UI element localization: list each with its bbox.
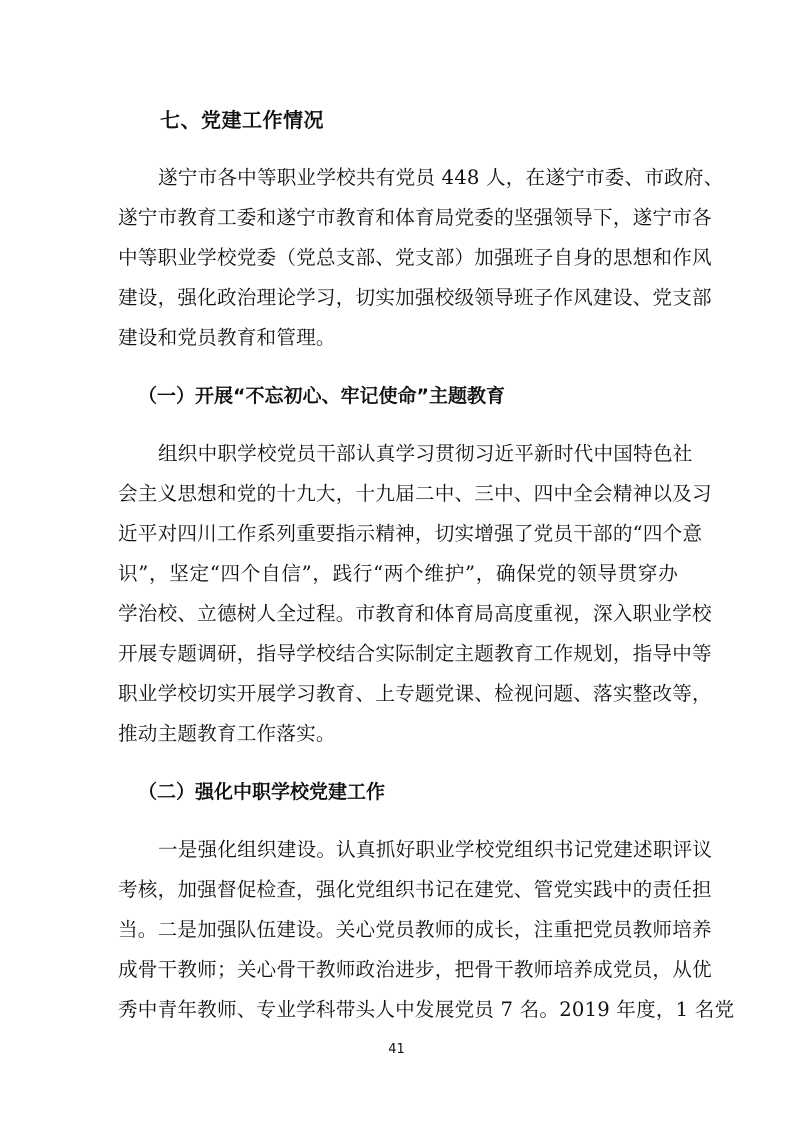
paragraph-line: 组织中职学校党员干部认真学习贯彻习近平新时代中国特色社 bbox=[118, 434, 678, 474]
subsection-heading-1: （一）开展“不忘初心、牢记使命”主题教育 bbox=[118, 376, 678, 416]
paragraph-line: 建设和党员教育和管理。 bbox=[118, 318, 678, 358]
paragraph-line: 成骨干教师；关心骨干教师政治进步，把骨干教师培养成党员，从优 bbox=[118, 950, 678, 990]
paragraph-line: 遂宁市各中等职业学校共有党员 448 人，在遂宁市委、市政府、 bbox=[118, 158, 678, 198]
page-number: 41 bbox=[0, 1042, 793, 1057]
intro-paragraph: 遂宁市各中等职业学校共有党员 448 人，在遂宁市委、市政府、 遂宁市教育工委和… bbox=[118, 158, 678, 358]
section-heading: 七、党建工作情况 bbox=[118, 100, 678, 140]
subsection-1-paragraph: 组织中职学校党员干部认真学习贯彻习近平新时代中国特色社 会主义思想和党的十九大，… bbox=[118, 434, 678, 754]
subsection-heading-2: （二）强化中职学校党建工作 bbox=[118, 772, 678, 812]
paragraph-line: 开展专题调研，指导学校结合实际制定主题教育工作规划，指导中等 bbox=[118, 634, 678, 674]
paragraph-line: 建设，强化政治理论学习，切实加强校级领导班子作风建设、党支部 bbox=[118, 278, 678, 318]
subsection-2-paragraph: 一是强化组织建设。认真抓好职业学校党组织书记党建述职评议 考核，加强督促检查，强… bbox=[118, 830, 678, 1030]
paragraph-line: 一是强化组织建设。认真抓好职业学校党组织书记党建述职评议 bbox=[118, 830, 678, 870]
paragraph-line: 近平对四川工作系列重要指示精神，切实增强了党员干部的“四个意 bbox=[118, 514, 678, 554]
paragraph-line: 中等职业学校党委（党总支部、党支部）加强班子自身的思想和作风 bbox=[118, 238, 678, 278]
paragraph-line: 会主义思想和党的十九大，十九届二中、三中、四中全会精神以及习 bbox=[118, 474, 678, 514]
paragraph-line: 职业学校切实开展学习教育、上专题党课、检视问题、落实整改等， bbox=[118, 674, 678, 714]
paragraph-line: 推动主题教育工作落实。 bbox=[118, 714, 678, 754]
paragraph-line: 学治校、立德树人全过程。市教育和体育局高度重视，深入职业学校 bbox=[118, 594, 678, 634]
paragraph-line: 识”，坚定“四个自信”，践行“两个维护”，确保党的领导贯穿办 bbox=[118, 554, 678, 594]
paragraph-line: 考核，加强督促检查，强化党组织书记在建党、管党实践中的责任担 bbox=[118, 870, 678, 910]
paragraph-line: 秀中青年教师、专业学科带头人中发展党员 7 名。2019 年度，1 名党 bbox=[118, 990, 678, 1030]
document-page: 七、党建工作情况 遂宁市各中等职业学校共有党员 448 人，在遂宁市委、市政府、… bbox=[118, 100, 678, 1030]
paragraph-line: 遂宁市教育工委和遂宁市教育和体育局党委的坚强领导下，遂宁市各 bbox=[118, 198, 678, 238]
paragraph-line: 当。二是加强队伍建设。关心党员教师的成长，注重把党员教师培养 bbox=[118, 910, 678, 950]
